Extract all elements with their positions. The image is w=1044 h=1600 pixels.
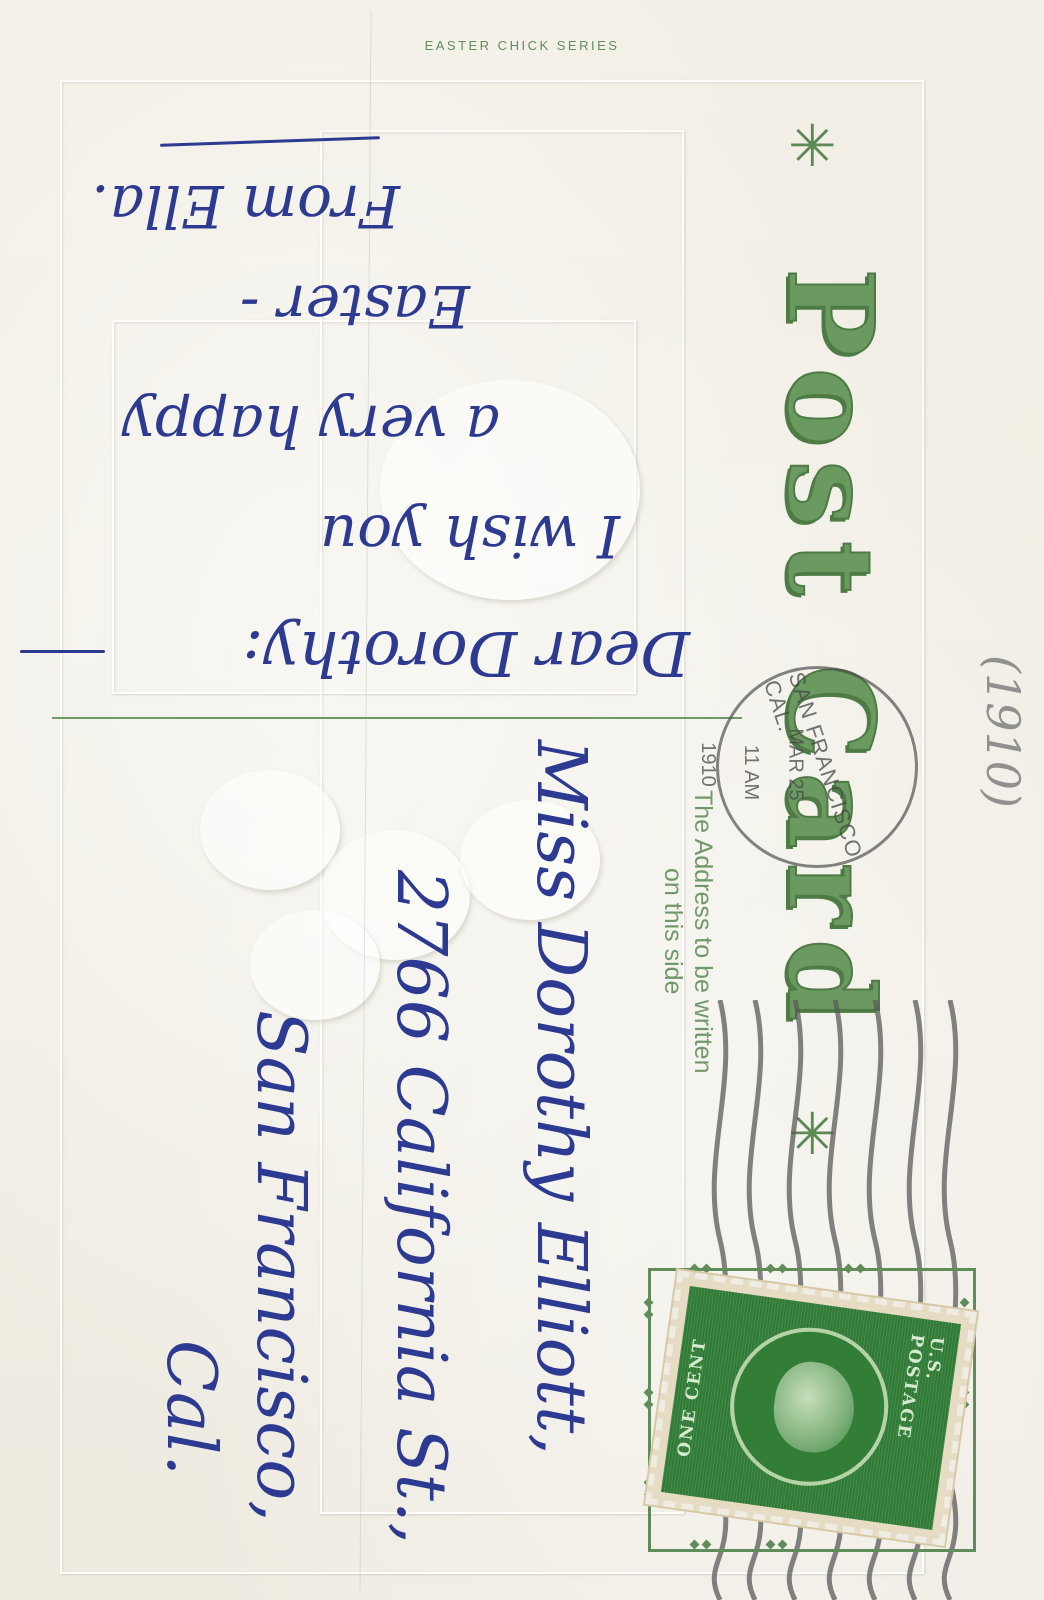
postmark-time: 11 AM	[739, 745, 762, 800]
message-line: Easter -	[240, 272, 470, 340]
ink-flourish	[20, 650, 105, 653]
message-line: I wish you	[320, 502, 620, 570]
message-line: a very happy	[122, 392, 500, 460]
stamp-engraving: ONE CENT U.S. POSTAGE	[661, 1286, 961, 1530]
postmark-city: SAN FRANCISCO CAL.	[758, 669, 870, 877]
asterisk-star-icon: ✳	[788, 118, 837, 176]
embossed-flower	[250, 910, 380, 1020]
message-salutation: Dear Dorothy:	[243, 617, 690, 690]
diamond-ornament	[702, 1540, 712, 1550]
postmark-date: MAR 25	[784, 728, 807, 800]
message-signature: From Ella.	[91, 172, 400, 240]
postmark-year: 1910	[696, 742, 719, 787]
pencil-year-note: (1910)	[976, 655, 1030, 808]
message-address-divider	[52, 717, 742, 719]
address-street: 2766 California St.,	[381, 870, 460, 1544]
diamond-ornament	[690, 1540, 700, 1550]
stamp-denomination: ONE CENT	[674, 1337, 710, 1459]
address-state: Cal.	[151, 1340, 230, 1476]
postage-stamp: ONE CENT U.S. POSTAGE	[645, 1270, 977, 1546]
address-note-line2: on this side	[658, 790, 688, 1073]
address-name: Miss Dorothy Elliott,	[521, 740, 600, 1455]
address-city: San Francisco,	[241, 1010, 320, 1522]
franklin-portrait-icon	[768, 1357, 860, 1457]
diamond-ornament	[778, 1540, 788, 1550]
series-label: EASTER CHICK SERIES	[0, 38, 1044, 53]
post-card-title: Post Card	[761, 268, 900, 1035]
diamond-ornament	[766, 1540, 776, 1550]
postmark: SAN FRANCISCO CAL. MAR 25 11 AM 1910	[716, 666, 918, 868]
diamond-ornament	[960, 1298, 970, 1308]
postcard-back: EASTER CHICK SERIES ✳ ✳ Post Card The Ad…	[0, 0, 1044, 1600]
stamp-oval-frame	[720, 1318, 898, 1496]
stamp-country: U.S. POSTAGE	[893, 1333, 947, 1444]
embossed-flower	[200, 770, 340, 890]
